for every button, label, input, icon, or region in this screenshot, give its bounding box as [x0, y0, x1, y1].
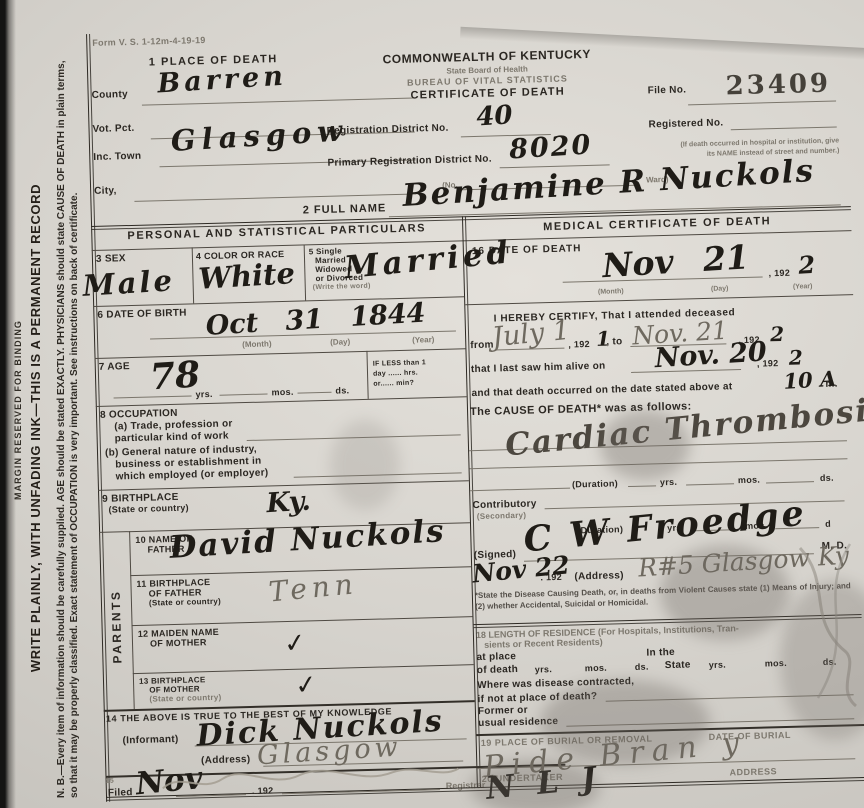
usual-residence-label: usual residence [478, 716, 558, 729]
margin-nb-note: N. B.—Every item of information should b… [55, 56, 81, 798]
contributory-sublabel: (Secondary) [477, 511, 527, 521]
contracted-label-1: Where was disease contracted, [477, 676, 634, 691]
rule [294, 472, 462, 477]
rule [470, 488, 570, 492]
file-no-label: File No. [648, 84, 687, 96]
marital-value: Married [343, 237, 513, 284]
mother-birthplace-checkmark: ✓ [294, 671, 319, 700]
city-label: City, [94, 185, 117, 197]
former-label: Former or [478, 705, 528, 717]
rule [465, 294, 853, 305]
residence-mos2-label: mos. [765, 658, 787, 669]
informant-address-label: (Address) [201, 754, 251, 766]
contributory-label: Contributory [472, 498, 536, 511]
sex-value: Male [82, 266, 176, 301]
occupation-line-a2: particular kind of work [115, 430, 229, 444]
residence-in-the-label: In the [646, 647, 675, 659]
age-if-less-line2: day ...... hrs. [373, 370, 418, 378]
death-year-printed: , 192 [768, 268, 790, 279]
birthplace-value: Ky. [266, 488, 312, 518]
date-of-birth-value: Oct 31 1844 [205, 299, 426, 339]
age-if-less-line1: IF LESS than 1 [373, 359, 426, 367]
cause-yrs-label: yrs. [660, 477, 677, 487]
certify-to-year-suffix: 2 [770, 324, 784, 344]
scan-corner-shadow [0, 0, 30, 80]
death-year-suffix: 2 [798, 253, 816, 278]
age-if-less-line3: or...... min? [373, 380, 414, 388]
father-name-value: David Nuckols [169, 516, 447, 564]
county-label: County [92, 89, 129, 101]
date-of-death-value: Nov 21 [601, 240, 750, 282]
filed-number: 15 [106, 778, 115, 785]
residence-state-label: State [665, 659, 691, 671]
certify-last-saw-label: that I last saw him alive on [471, 361, 606, 376]
death-year-sublabel: (Year) [793, 283, 813, 291]
filed-label: Filed [108, 787, 133, 799]
death-certificate-scan: MARGIN RESERVED FOR BINDING WRITE PLAINL… [0, 0, 864, 808]
certify-time-value: 10 A [783, 368, 837, 392]
undertaker-value: N L J [485, 763, 604, 805]
inc-town-label: Inc. Town [93, 151, 141, 163]
rule [731, 126, 837, 130]
margin-write-plainly-note: WRITE PLAINLY, WITH UNFADING INK—THIS IS… [28, 58, 43, 798]
birthplace-sublabel: (State or country) [108, 503, 189, 515]
file-no-value: 23409 [725, 69, 831, 102]
rule [766, 481, 814, 483]
birth-day-sublabel: (Day) [330, 337, 350, 347]
rule [298, 392, 332, 394]
margin-pencil-scrawl [788, 540, 864, 710]
death-month-sublabel: (Month) [598, 288, 624, 296]
age-label: 7 AGE [99, 361, 130, 373]
date-of-birth-label: 6 DATE OF BIRTH [97, 308, 187, 321]
race-value: White [198, 259, 296, 294]
primary-district-label: Primary Registration District No. [327, 154, 492, 169]
residence-of-death-label: of death [477, 664, 519, 676]
form-number: Form V. S. 1-12m-4-19-19 [92, 35, 206, 48]
county-value: Barren [157, 63, 288, 98]
certify-occurred-label: and that death occurred on the date stat… [471, 381, 732, 399]
rule [220, 393, 268, 395]
informant-label: (Informant) [122, 734, 178, 746]
age-mos-label: mos. [271, 387, 293, 398]
residence-yrs2-label: yrs. [709, 660, 726, 670]
certify-saw-year-suffix: 2 [789, 347, 803, 367]
residence-heading-2: sients or Recent Residents) [484, 637, 603, 650]
inc-town-value: Glasgow [170, 116, 349, 156]
certify-from-value: July 1 [491, 317, 571, 351]
contracted-label-2: if not at place of death? [477, 691, 597, 705]
cause-duration-label: (Duration) [572, 478, 618, 489]
death-day-sublabel: (Day) [711, 285, 729, 292]
vot-pct-label: Vot. Pct. [92, 123, 134, 135]
primary-district-value: 8020 [508, 131, 593, 163]
certify-from-label: from [470, 340, 494, 352]
rule [688, 100, 836, 105]
residence-at-place-label: at place [476, 651, 516, 663]
rule [686, 483, 734, 485]
father-birthplace-sublabel: (State or country) [149, 597, 221, 608]
mother-birthplace-sublabel: (State or country) [149, 693, 221, 704]
residence-ds-label: ds. [635, 662, 649, 672]
rule [366, 351, 368, 399]
cause-ds-label: ds. [820, 473, 834, 483]
certificate-form: Form V. S. 1-12m-4-19-19 1 PLACE OF DEAT… [86, 12, 864, 804]
residence-mos-label: mos. [585, 663, 607, 674]
rule [134, 193, 416, 201]
father-birthplace-value: Tenn [268, 570, 359, 606]
age-ds-label: ds. [335, 385, 349, 395]
rule [192, 247, 194, 303]
residence-yrs-label: yrs. [535, 664, 552, 674]
certify-last-saw-value: Nov. 20 [654, 338, 767, 372]
binding-edge [0, 0, 16, 808]
birth-year-sublabel: (Year) [412, 335, 434, 345]
birth-month-sublabel: (Month) [242, 339, 272, 349]
registered-no-label: Registered No. [648, 117, 723, 130]
scan-corner-shadow [0, 748, 26, 808]
occupation-label: 8 OCCUPATION [100, 408, 178, 421]
certify-from-year-suffix: 1 [596, 328, 610, 348]
rule [129, 531, 135, 709]
rule [132, 616, 473, 626]
sex-label: 3 SEX [96, 253, 126, 265]
full-name-label: 2 FULL NAME [303, 202, 387, 216]
rule [304, 244, 306, 300]
residence-heading-1: 18 LENGTH OF RESIDENCE (For Hospitals, I… [476, 623, 739, 640]
rule [628, 485, 656, 487]
certify-from-year: , 192 [568, 339, 590, 350]
mother-name-checkmark: ✓ [282, 630, 307, 659]
rule [247, 434, 461, 441]
parents-vertical-label: PARENTS [109, 589, 125, 663]
registration-district-value: 40 [476, 102, 514, 130]
signed-address-label: (Address) [574, 570, 624, 582]
undertaker-address-heading: ADDRESS [729, 766, 777, 777]
mother-name-label-2: OF MOTHER [150, 637, 207, 648]
age-value: 78 [149, 356, 201, 395]
cause-mos-label: mos. [738, 475, 760, 486]
contributory-d-label: d [825, 519, 831, 529]
